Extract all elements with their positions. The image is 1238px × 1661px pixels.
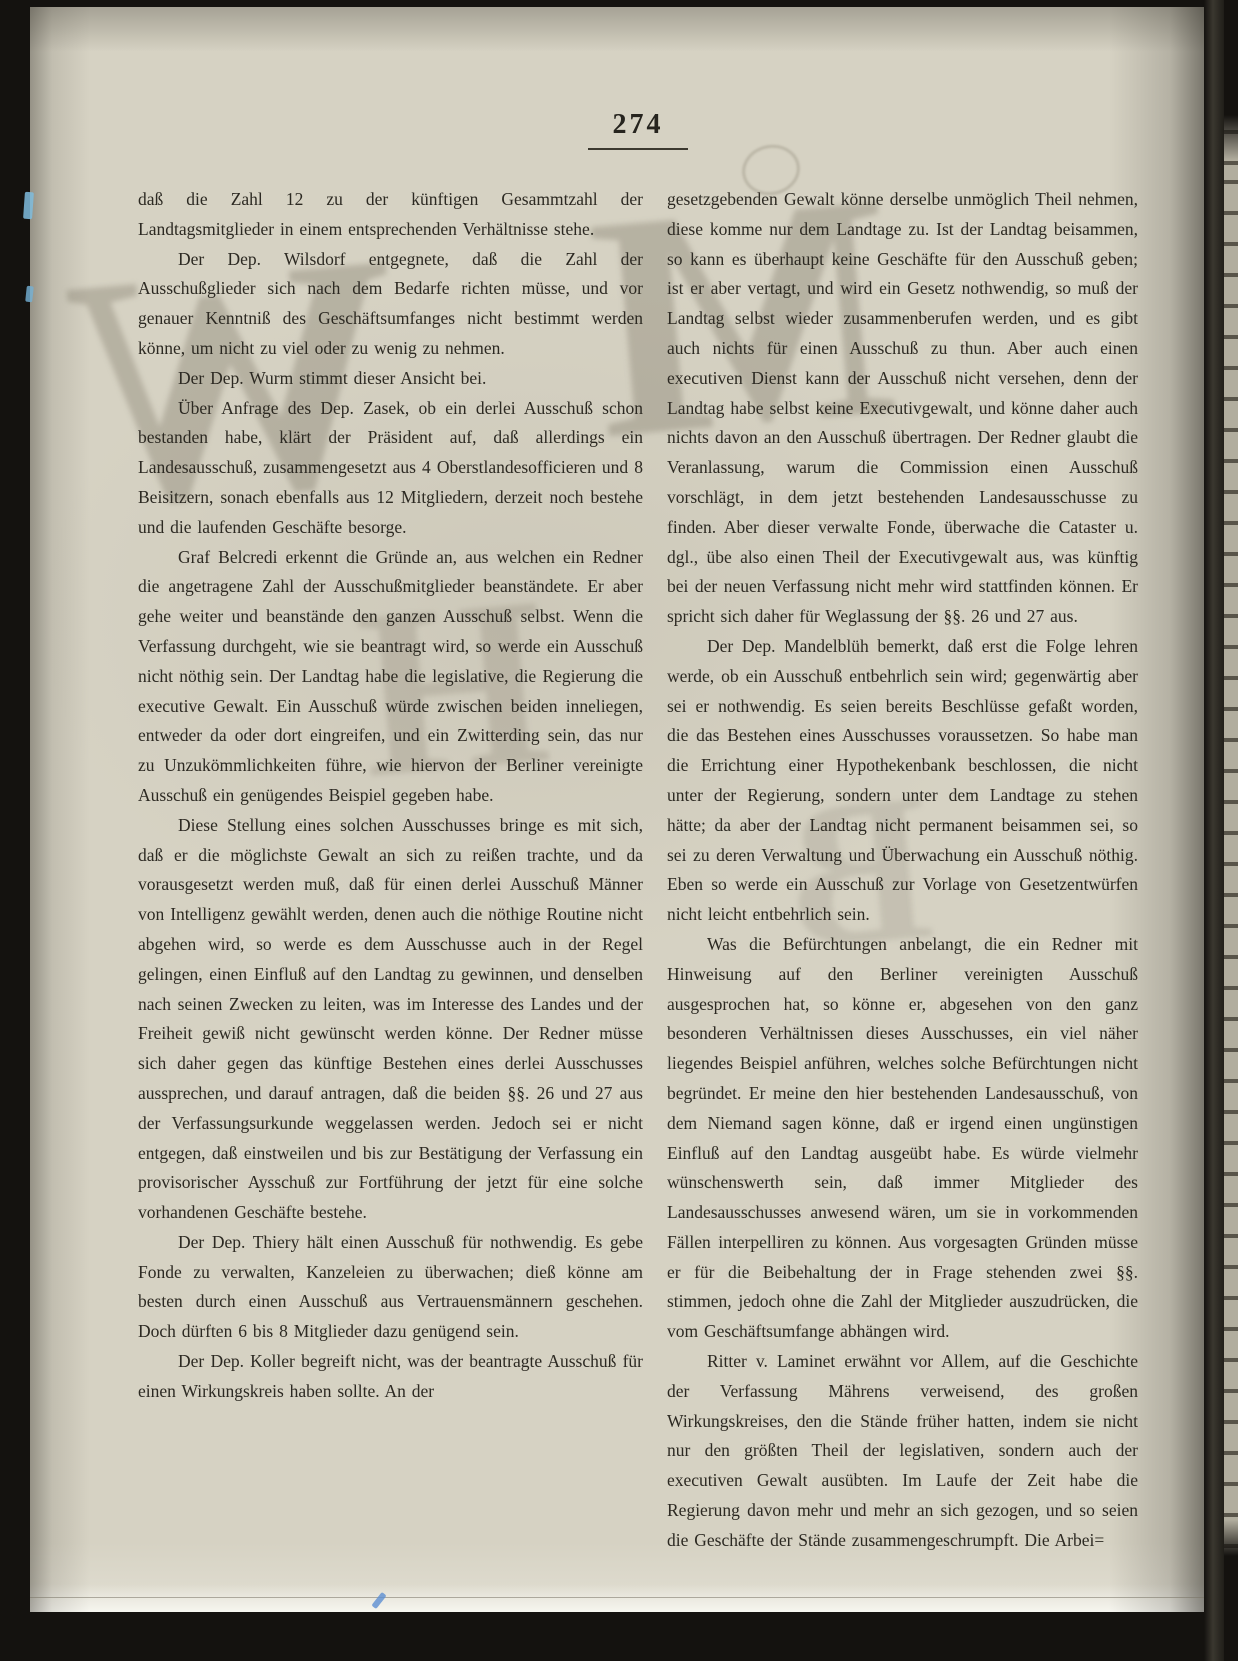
book-page: W M H B 274 daß die Zahl 12 zu der künft… <box>30 7 1204 1612</box>
paragraph: Der Dep. Koller begreift nicht, was der … <box>138 1347 643 1407</box>
bottom-crease-line <box>30 1597 1204 1598</box>
blue-ink-mark <box>23 192 34 220</box>
paragraph: Diese Stellung eines solchen Ausschusses… <box>138 811 643 1228</box>
paragraph: gesetzgebenden Gewalt könne derselbe unm… <box>667 185 1138 632</box>
paragraph: Über Anfrage des Dep. Zasek, ob ein derl… <box>138 394 643 543</box>
page-number-rule <box>588 148 688 150</box>
paragraph: daß die Zahl 12 zu der künftigen Gesammt… <box>138 185 643 245</box>
paragraph: Der Dep. Mandelblüh bemerkt, daß erst di… <box>667 632 1138 930</box>
page-number: 274 <box>138 109 1138 141</box>
paragraph: Ritter v. Laminet erwähnt vor Allem, auf… <box>667 1347 1138 1556</box>
paragraph: Graf Belcredi erkennt die Gründe an, aus… <box>138 543 643 811</box>
facing-page-text-fragments <box>1224 10 1238 1610</box>
gutter-shadow <box>1204 0 1224 1661</box>
text-block: daß die Zahl 12 zu der künftigen Gesammt… <box>138 185 1138 1556</box>
column-right: gesetzgebenden Gewalt könne derselbe unm… <box>667 185 1138 1556</box>
page-header: 274 <box>138 109 1138 150</box>
paragraph: Was die Befürchtungen anbelangt, die ein… <box>667 930 1138 1347</box>
paragraph: Der Dep. Wilsdorf entgegnete, daß die Za… <box>138 245 643 364</box>
column-left: daß die Zahl 12 zu der künftigen Gesammt… <box>138 185 643 1556</box>
paragraph: Der Dep. Wurm stimmt dieser Ansicht bei. <box>138 364 643 394</box>
paragraph: Der Dep. Thiery hält einen Ausschuß für … <box>138 1228 643 1347</box>
